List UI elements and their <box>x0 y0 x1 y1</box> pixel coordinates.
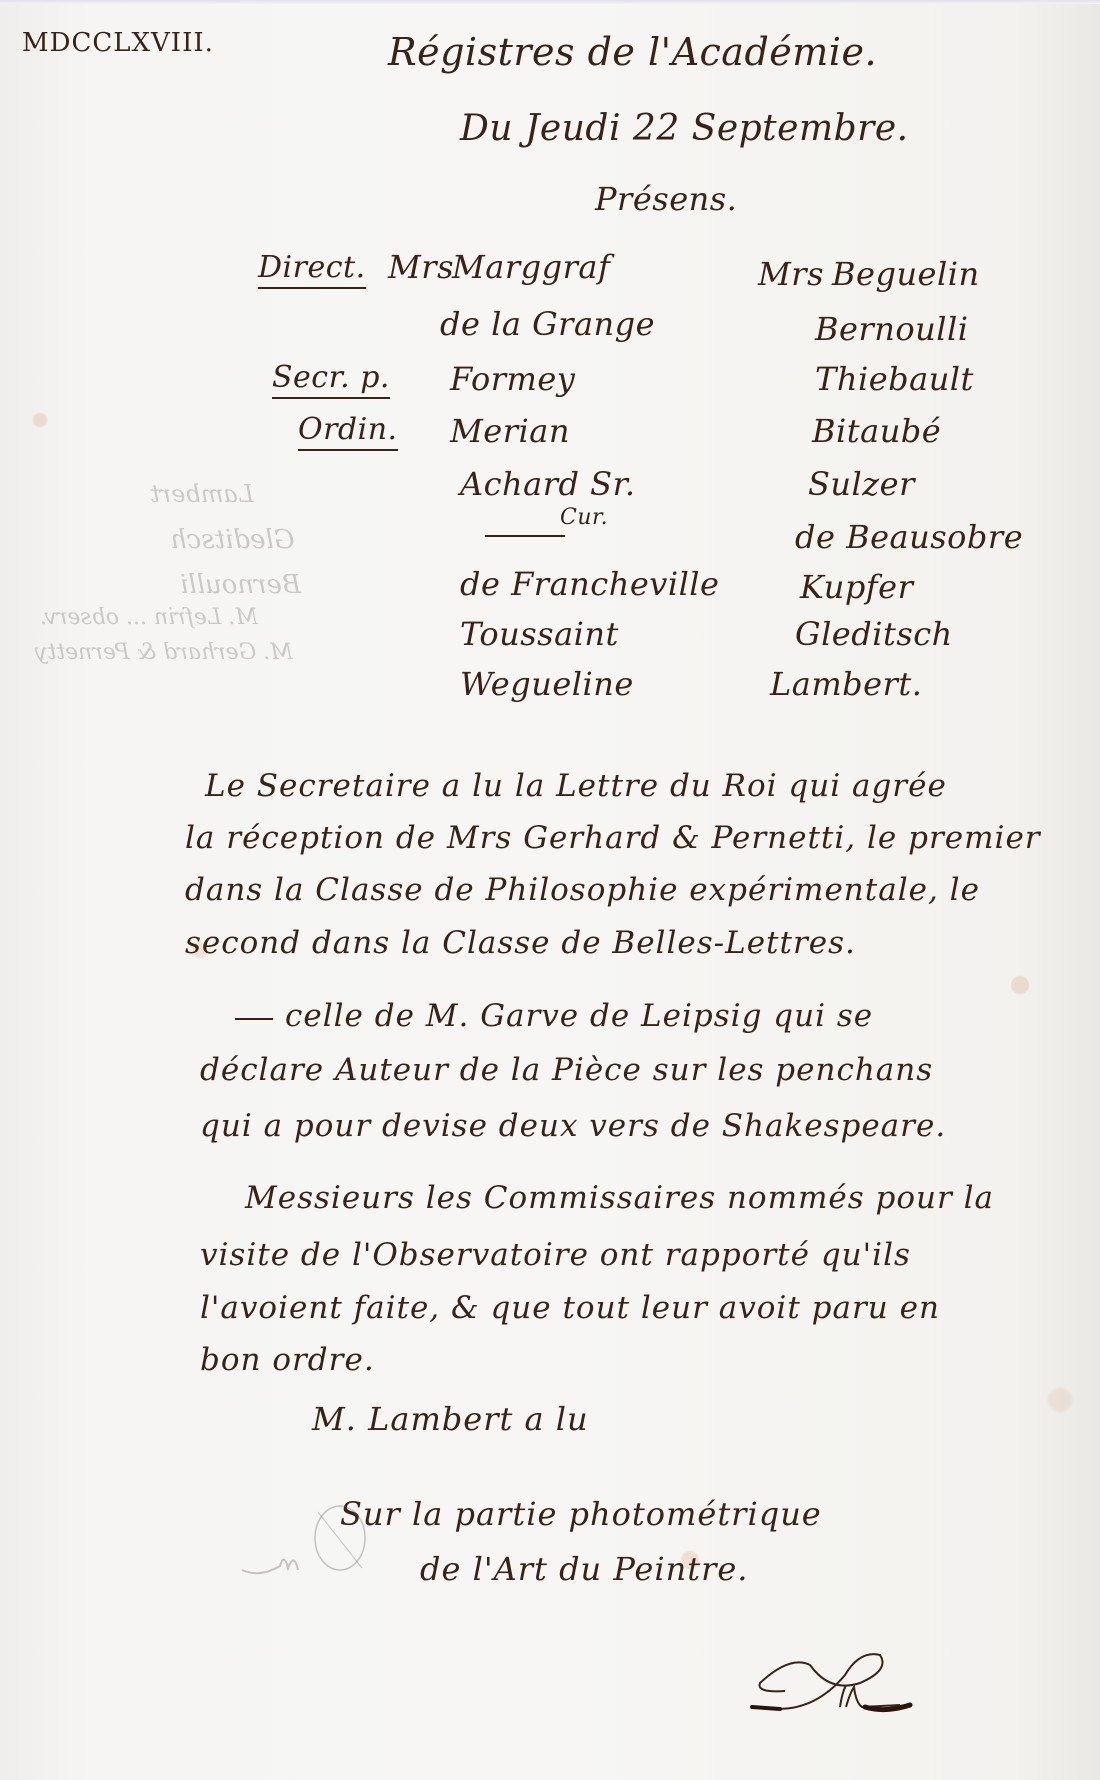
year-roman-numeral: MDCCLXVIII. <box>22 28 214 58</box>
minutes-line: celle de M. Garve de Leipsig qui se <box>285 998 873 1034</box>
minutes-line: déclare Auteur de la Pièce sur les pench… <box>200 1052 933 1088</box>
member-name: Beguelin <box>832 255 980 293</box>
minutes-line: l'avoient faite, & que tout leur avoit p… <box>200 1290 940 1326</box>
role-secretary: Secr. p. <box>272 360 390 395</box>
role-label: Direct. <box>258 250 366 289</box>
bleed-through-text: M. Gerhard & Pernetty <box>35 640 293 665</box>
session-date: Du Jeudi 22 Septembre. <box>460 108 909 149</box>
member-name: Marggraf <box>452 248 610 286</box>
member-name: de Beausobre <box>795 518 1023 556</box>
reading-intro: M. Lambert a lu <box>312 1400 589 1438</box>
role-ordinary: Ordin. <box>298 412 398 447</box>
presens-heading: Présens. <box>595 180 737 218</box>
minutes-line: bon ordre. <box>200 1342 375 1378</box>
role-label: Ordin. <box>298 412 398 451</box>
minutes-line: Messieurs les Commissaires nommés pour l… <box>245 1180 994 1216</box>
member-name: Wegueline <box>460 665 634 703</box>
member-name: de Francheville <box>460 565 719 603</box>
members-prefix-left: Mrs <box>388 248 454 286</box>
role-label: Secr. p. <box>272 360 390 399</box>
member-annotation: Cur. <box>560 505 608 530</box>
member-name: Achard Sr. <box>460 465 636 503</box>
minutes-line: dans la Classe de Philosophie expériment… <box>185 872 980 908</box>
reading-title-line: de l'Art du Peintre. <box>420 1550 748 1588</box>
minutes-line: la réception de Mrs Gerhard & Pernetti, … <box>185 820 1041 856</box>
continuation-dash <box>235 1018 273 1020</box>
reading-title-line: Sur la partie photométrique <box>340 1495 822 1533</box>
member-name: Lambert. <box>770 665 922 703</box>
bleed-through-text: Bernoulli <box>180 570 301 600</box>
members-prefix-right: Mrs <box>758 255 824 293</box>
member-name: de la Grange <box>440 305 655 343</box>
member-name: Gleditsch <box>795 615 953 653</box>
bleed-through-text: Gleditsch <box>170 525 295 555</box>
separator-line <box>485 535 565 537</box>
member-name: Bernoulli <box>815 310 968 348</box>
minutes-line: second dans la Classe de Belles-Lettres. <box>185 925 856 961</box>
member-name: Formey <box>450 360 575 398</box>
manuscript-page: Lambert Gleditsch Bernoulli M. Lefrin ..… <box>0 0 1100 1780</box>
role-director: Direct. <box>258 250 366 285</box>
member-name: Thiebault <box>815 360 974 398</box>
member-name: Kupfer <box>800 568 913 606</box>
member-name: Merian <box>450 412 570 450</box>
register-title: Régistres de l'Académie. <box>388 30 877 74</box>
minutes-line: Le Secretaire a lu la Lettre du Roi qui … <box>205 768 947 804</box>
minutes-line: qui a pour devise deux vers de Shakespea… <box>200 1108 946 1144</box>
member-name: Sulzer <box>808 465 915 503</box>
bleed-through-text: M. Lefrin ... observ. <box>40 605 258 630</box>
paper-top-edge <box>0 0 1100 4</box>
secretary-signature-icon <box>750 1645 920 1715</box>
member-name: Bitaubé <box>812 412 941 450</box>
pencil-mark-icon <box>240 1500 390 1580</box>
minutes-line: visite de l'Observatoire ont rapporté qu… <box>200 1237 911 1273</box>
member-name: Toussaint <box>460 615 619 653</box>
bleed-through-text: Lambert <box>150 480 254 508</box>
